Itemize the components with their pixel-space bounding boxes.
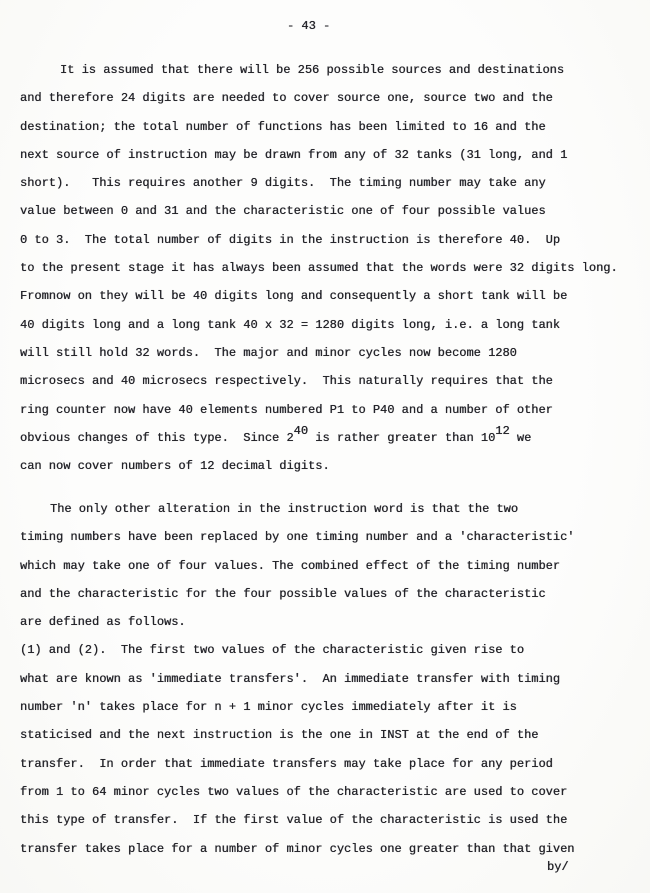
superscript-exponent: 40 [294,424,308,438]
text-line: timing numbers have been replaced by one… [20,523,646,551]
text-line: short). This requires another 9 digits. … [20,169,646,197]
text-line: It is assumed that there will be 256 pos… [20,56,646,84]
text-line: The only other alteration in the instruc… [20,495,646,523]
text-line: and therefore 24 digits are needed to co… [20,84,646,112]
text-line: next source of instruction may be drawn … [20,141,646,169]
text-line: transfer. In order that immediate transf… [20,750,646,778]
text-line: 0 to 3. The total number of digits in th… [20,226,646,254]
text-line: and the characteristic for the four poss… [20,580,646,608]
superscript-exponent: 12 [495,424,509,438]
text-line: to the present stage it has always been … [20,254,646,282]
catchword: by/ [547,858,569,876]
text-line: from 1 to 64 minor cycles two values of … [20,778,646,806]
text-line: microsecs and 40 microsecs respectively.… [20,367,646,395]
text-line: what are known as 'immediate transfers'.… [20,665,646,693]
text-line: staticised and the next instruction is t… [20,721,646,749]
text-line: are defined as follows. [20,608,646,636]
text-line: which may take one of four values. The c… [20,552,646,580]
text-line: 40 digits long and a long tank 40 x 32 =… [20,311,646,339]
paragraph-1: It is assumed that there will be 256 pos… [20,56,646,480]
text-line: this type of transfer. If the first valu… [20,806,646,834]
text-line: ring counter now have 40 elements number… [20,396,646,424]
document-page: - 43 - It is assumed that there will be … [0,0,650,893]
text-segment: obvious changes of this type. Since 2 [20,431,294,445]
paragraph-2: The only other alteration in the instruc… [20,495,646,863]
text-line: Fromnow on they will be 40 digits long a… [20,282,646,310]
text-line: value between 0 and 31 and the character… [20,197,646,225]
text-line-with-superscripts: obvious changes of this type. Since 240 … [20,424,646,452]
text-line: (1) and (2). The first two values of the… [20,636,646,664]
text-line: will still hold 32 words. The major and … [20,339,646,367]
text-line: destination; the total number of functio… [20,113,646,141]
text-line: number 'n' takes place for n + 1 minor c… [20,693,646,721]
text-line: can now cover numbers of 12 decimal digi… [20,452,646,480]
page-number: - 43 - [287,17,330,35]
text-segment: is rather greater than 10 [308,431,495,445]
text-segment: we [510,431,532,445]
